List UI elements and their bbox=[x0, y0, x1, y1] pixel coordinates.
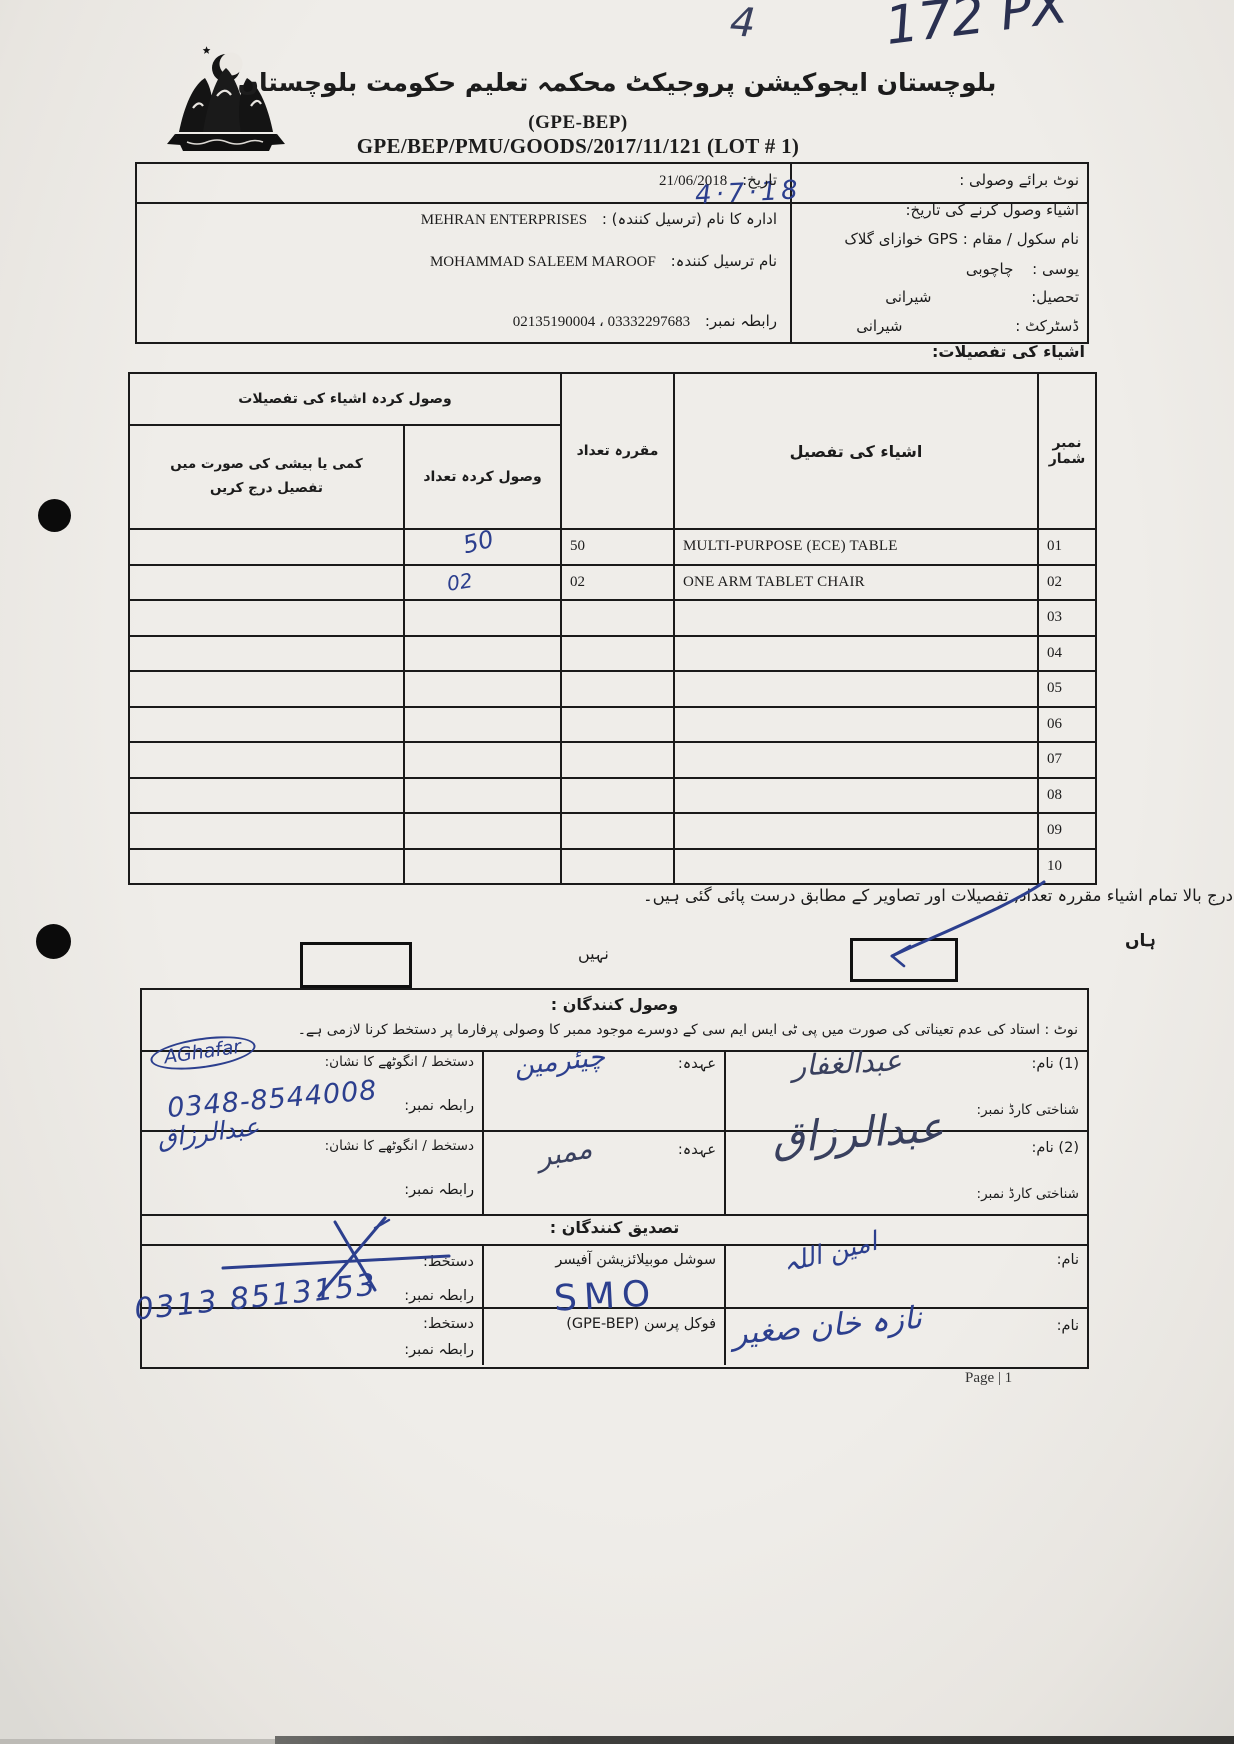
item-cell-fixed-10 bbox=[561, 849, 674, 885]
item-row-08: 08 bbox=[129, 778, 1096, 814]
handwritten-yes-tick bbox=[828, 876, 1058, 986]
supplier-label: ادارہ کا نام (ترسیل کنندہ) : bbox=[602, 210, 777, 228]
col-header-detail: اشیاء کی تفصیل bbox=[674, 373, 1038, 529]
tehsil-label: تحصیل: bbox=[1031, 288, 1079, 306]
program-abbrev: (GPE-BEP) bbox=[528, 112, 628, 134]
sender-row: نام ترسیل کنندہ: MOHAMMAD SALEEM MAROOF bbox=[137, 252, 777, 271]
receivers-table: وصول کنندگان : نوٹ : استاد کی عدم تعینات… bbox=[140, 988, 1089, 1369]
recv-hline-3 bbox=[142, 1214, 1087, 1216]
tehsil-value: شیرانی bbox=[885, 288, 931, 306]
recv-vline-2b bbox=[724, 1244, 726, 1365]
name3-label: نام: bbox=[1057, 1252, 1079, 1268]
handwritten-name-2: عبدالرزاق bbox=[771, 1102, 946, 1163]
item-cell-received-09 bbox=[404, 813, 561, 849]
item-cell-serial-07: 07 bbox=[1038, 742, 1096, 778]
item-cell-disc-10 bbox=[129, 849, 404, 885]
handwritten-received-qty-01: 50 bbox=[460, 525, 496, 560]
item-row-05: 05 bbox=[129, 671, 1096, 707]
uc-row: یوسی : چاچوبی bbox=[966, 260, 1079, 278]
hole-punch-bottom bbox=[36, 924, 71, 959]
org-title-urdu: بلوچستان ایجوکیشن پروجیکٹ محکمہ تعلیم حک… bbox=[238, 68, 997, 97]
item-cell-disc-01 bbox=[129, 529, 404, 565]
col-header-received-group: وصول کردہ اشیاء کی تفصیلات bbox=[129, 373, 561, 425]
date-label: تاریخ: bbox=[742, 171, 777, 189]
item-cell-detail-07 bbox=[674, 742, 1038, 778]
item-cell-fixed-05 bbox=[561, 671, 674, 707]
item-cell-fixed-07 bbox=[561, 742, 674, 778]
handwritten-designation-2: ممبر bbox=[535, 1131, 595, 1173]
item-cell-detail-03 bbox=[674, 600, 1038, 636]
contact-value: 03332297683 ، 02135190004 bbox=[513, 314, 690, 330]
date-row: تاریخ: 21/06/2018 bbox=[137, 171, 777, 190]
col-header-serial: نمبر شمار bbox=[1038, 373, 1096, 529]
contact2-label: رابطہ نمبر: bbox=[142, 1182, 474, 1198]
item-cell-received-10 bbox=[404, 849, 561, 885]
item-cell-serial-06: 06 bbox=[1038, 707, 1096, 743]
item-cell-fixed-06 bbox=[561, 707, 674, 743]
item-row-04: 04 bbox=[129, 636, 1096, 672]
items-table-rows: 01MULTI-PURPOSE (ECE) TABLE505002ONE ARM… bbox=[129, 529, 1096, 884]
scanned-form-page: 4 172 PX بلوچستان ایجوکیشن پروجیکٹ محکمہ… bbox=[0, 0, 1234, 1744]
sender-label: نام ترسیل کنندہ: bbox=[671, 252, 777, 270]
item-cell-disc-03 bbox=[129, 600, 404, 636]
item-cell-disc-07 bbox=[129, 742, 404, 778]
handwritten-signature-1: AGhafar bbox=[150, 1038, 256, 1068]
item-cell-disc-05 bbox=[129, 671, 404, 707]
item-cell-received-07 bbox=[404, 742, 561, 778]
sender-value: MOHAMMAD SALEEM MAROOF bbox=[430, 254, 656, 270]
items-table: نمبر شمار اشیاء کی تفصیل مقررہ تعداد وصو… bbox=[128, 372, 1097, 885]
recv-vline-2a bbox=[724, 1050, 726, 1214]
supplier-value: MEHRAN ENTERPRISES bbox=[421, 212, 587, 228]
recv-vline-1a bbox=[482, 1050, 484, 1214]
item-cell-detail-02: ONE ARM TABLET CHAIR bbox=[674, 565, 1038, 601]
name2-label: (2) نام: bbox=[1032, 1140, 1080, 1156]
item-row-02: 02ONE ARM TABLET CHAIR0202 bbox=[129, 565, 1096, 601]
item-cell-serial-04: 04 bbox=[1038, 636, 1096, 672]
item-row-07: 07 bbox=[129, 742, 1096, 778]
item-cell-serial-05: 05 bbox=[1038, 671, 1096, 707]
scan-edge-strip-left bbox=[0, 1739, 275, 1744]
item-cell-fixed-09 bbox=[561, 813, 674, 849]
yes-label: ہاں bbox=[1125, 930, 1156, 951]
col-header-received-qty: وصول کردہ تعداد bbox=[404, 425, 561, 529]
item-cell-disc-02 bbox=[129, 565, 404, 601]
item-cell-fixed-03 bbox=[561, 600, 674, 636]
item-cell-detail-06 bbox=[674, 707, 1038, 743]
item-cell-disc-08 bbox=[129, 778, 404, 814]
item-cell-serial-01: 01 bbox=[1038, 529, 1096, 565]
uc-value: چاچوبی bbox=[966, 260, 1014, 278]
no-label: نہیں bbox=[578, 944, 609, 963]
item-row-06: 06 bbox=[129, 707, 1096, 743]
item-cell-serial-08: 08 bbox=[1038, 778, 1096, 814]
contact-label: رابطہ نمبر: bbox=[705, 312, 777, 330]
item-cell-detail-01: MULTI-PURPOSE (ECE) TABLE bbox=[674, 529, 1038, 565]
recv-hline-2 bbox=[142, 1130, 1087, 1132]
items-section-label: اشیاء کی تفصیلات: bbox=[785, 342, 1085, 361]
focal-designation: فوکل پرسن (GPE-BEP) bbox=[482, 1316, 716, 1332]
reference-number: GPE/BEP/PMU/GOODS/2017/11/121 (LOT # 1) bbox=[357, 134, 799, 159]
date-value: 21/06/2018 bbox=[659, 173, 727, 189]
hole-punch-top bbox=[38, 499, 71, 532]
handwritten-contact-1: 0348-8544008 bbox=[166, 1075, 379, 1124]
receipt-note-label: نوٹ برائے وصولی : bbox=[959, 171, 1079, 189]
handwritten-smo: SMO bbox=[553, 1273, 658, 1319]
item-cell-serial-02: 02 bbox=[1038, 565, 1096, 601]
item-cell-received-03 bbox=[404, 600, 561, 636]
handwritten-received-qty-02: 02 bbox=[445, 568, 474, 596]
receivers-title: وصول کنندگان : bbox=[142, 995, 1087, 1014]
item-row-09: 09 bbox=[129, 813, 1096, 849]
item-cell-detail-09 bbox=[674, 813, 1038, 849]
handwritten-top-right-mark: 172 PX bbox=[882, 0, 1071, 57]
item-cell-detail-04 bbox=[674, 636, 1038, 672]
item-cell-fixed-01: 50 bbox=[561, 529, 674, 565]
item-cell-disc-04 bbox=[129, 636, 404, 672]
item-cell-serial-09: 09 bbox=[1038, 813, 1096, 849]
handwritten-top-number: 4 bbox=[728, 0, 757, 47]
contact4-label: رابطہ نمبر: bbox=[142, 1342, 474, 1358]
item-row-03: 03 bbox=[129, 600, 1096, 636]
page-number: Page | 1 bbox=[965, 1370, 1012, 1387]
district-value: شیرانی bbox=[856, 317, 902, 335]
name4-label: نام: bbox=[1057, 1318, 1079, 1334]
district-label: ڈسٹرکٹ : bbox=[1015, 317, 1079, 335]
sign4-label: دستخط: bbox=[142, 1316, 474, 1332]
item-cell-serial-03: 03 bbox=[1038, 600, 1096, 636]
district-row: ڈسٹرکٹ : شیرانی bbox=[856, 317, 1079, 335]
designation2-label: عہدہ: bbox=[482, 1142, 716, 1158]
handwritten-designation-1: چیئرمین bbox=[513, 1041, 607, 1081]
smo-designation: سوشل موبیلائزیشن آفیسر bbox=[482, 1252, 716, 1268]
item-cell-received-04 bbox=[404, 636, 561, 672]
item-cell-detail-08 bbox=[674, 778, 1038, 814]
col-header-fixed-qty: مقررہ تعداد bbox=[561, 373, 674, 529]
item-cell-disc-09 bbox=[129, 813, 404, 849]
item-cell-received-01: 50 bbox=[404, 529, 561, 565]
org-logo-emblem bbox=[165, 46, 287, 154]
info-table: نوٹ برائے وصولی : اشیاء وصول کرنے کی تار… bbox=[135, 162, 1089, 344]
item-cell-received-05 bbox=[404, 671, 561, 707]
receive-date-label: اشیاء وصول کرنے کی تاریخ: bbox=[905, 201, 1079, 219]
supplier-row: ادارہ کا نام (ترسیل کنندہ) : MEHRAN ENTE… bbox=[137, 210, 777, 229]
confirmation-statement: درج بالا تمام اشیاء مقررہ تعداد, تفصیلات… bbox=[395, 886, 1233, 905]
item-cell-fixed-02: 02 bbox=[561, 565, 674, 601]
item-cell-received-06 bbox=[404, 707, 561, 743]
item-row-01: 01MULTI-PURPOSE (ECE) TABLE5050 bbox=[129, 529, 1096, 565]
scan-edge-strip bbox=[275, 1736, 1234, 1744]
idcard2-label: شناختی کارڈ نمبر: bbox=[977, 1186, 1079, 1202]
name1-label: (1) نام: bbox=[1032, 1056, 1080, 1072]
receivers-note: نوٹ : استاد کی عدم تعیناتی کی صورت میں پ… bbox=[148, 1022, 1078, 1038]
contact-row: رابطہ نمبر: 03332297683 ، 02135190004 bbox=[137, 312, 777, 331]
uc-label: یوسی : bbox=[1032, 260, 1079, 278]
no-checkbox bbox=[300, 942, 412, 988]
item-cell-fixed-08 bbox=[561, 778, 674, 814]
col-header-discrepancy: کمی یا بیشی کی صورت میں تفصیل درج کریں bbox=[129, 425, 404, 529]
handwritten-name-1: عبدالغفار bbox=[791, 1043, 902, 1083]
item-cell-received-02: 02 bbox=[404, 565, 561, 601]
item-cell-received-08 bbox=[404, 778, 561, 814]
recv-hline-1 bbox=[142, 1050, 1087, 1052]
item-cell-fixed-04 bbox=[561, 636, 674, 672]
idcard1-label: شناختی کارڈ نمبر: bbox=[977, 1102, 1079, 1118]
tehsil-row: تحصیل: شیرانی bbox=[885, 288, 1079, 306]
school-name-line: نام سکول / مقام : GPS خوازای گلاک bbox=[844, 230, 1079, 248]
items-header-row-1: نمبر شمار اشیاء کی تفصیل مقررہ تعداد وصو… bbox=[129, 373, 1096, 425]
item-cell-disc-06 bbox=[129, 707, 404, 743]
item-cell-detail-05 bbox=[674, 671, 1038, 707]
